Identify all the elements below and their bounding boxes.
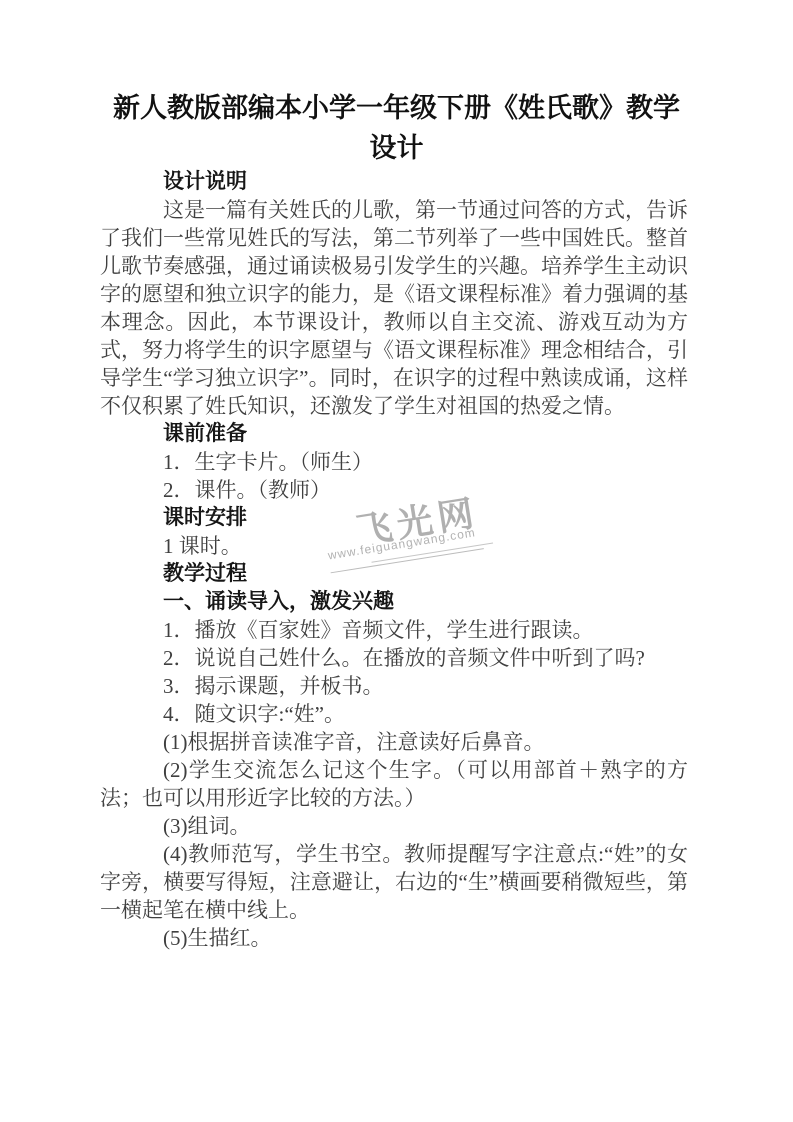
process-subsection-one-heading: 一、诵读导入，激发兴趣 (100, 588, 688, 616)
process-step-4-sub-2: (2)学生交流怎么记这个生字。（可以用部首＋熟字的方法；也可以用形近字比较的方法… (100, 756, 688, 812)
section-heading-preparation: 课前准备 (100, 420, 688, 448)
schedule-text: 1 课时。 (100, 532, 688, 560)
process-step-4-sub-3: (3)组词。 (100, 812, 688, 840)
process-step-3: 3．揭示课题，并板书。 (100, 672, 688, 700)
process-step-4: 4．随文识字:“姓”。 (100, 700, 688, 728)
preparation-item-2: 2．课件。（教师） (100, 476, 688, 504)
process-step-2: 2．说说自己姓什么。在播放的音频文件中听到了吗? (100, 644, 688, 672)
document-page: 新人教版部编本小学一年级下册《姓氏歌》教学设计 设计说明 这是一篇有关姓氏的儿歌… (0, 0, 793, 1122)
section-heading-schedule: 课时安排 (100, 504, 688, 532)
section-heading-design-note: 设计说明 (100, 168, 688, 196)
document-title: 新人教版部编本小学一年级下册《姓氏歌》教学设计 (105, 88, 689, 168)
process-step-4-sub-4: (4)教师范写，学生书空。教师提醒写字注意点:“姓”的女字旁，横要写得短，注意避… (100, 840, 688, 924)
process-step-4-sub-5: (5)生描红。 (100, 924, 688, 952)
section-heading-process: 教学过程 (100, 560, 688, 588)
document-body: 设计说明 这是一篇有关姓氏的儿歌，第一节通过问答的方式，告诉了我们一些常见姓氏的… (100, 168, 688, 952)
preparation-item-1: 1．生字卡片。（师生） (100, 448, 688, 476)
process-step-1: 1．播放《百家姓》音频文件，学生进行跟读。 (100, 616, 688, 644)
process-step-4-sub-1: (1)根据拼音读准字音，注意读好后鼻音。 (100, 728, 688, 756)
design-note-paragraph: 这是一篇有关姓氏的儿歌，第一节通过问答的方式，告诉了我们一些常见姓氏的写法，第二… (100, 196, 688, 420)
